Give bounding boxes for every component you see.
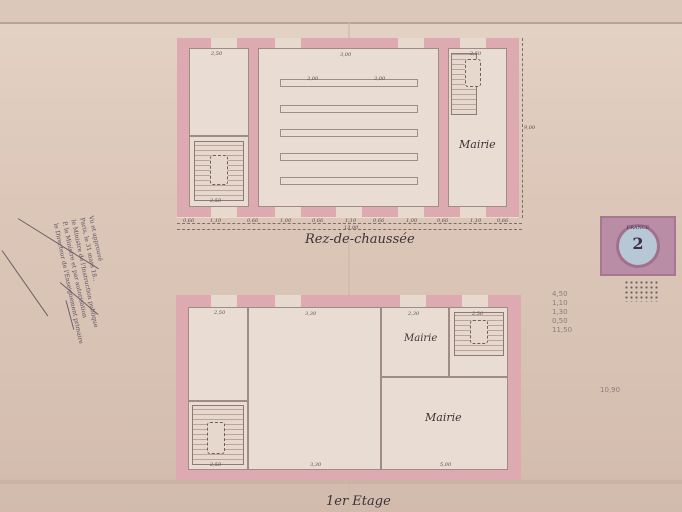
window	[462, 295, 488, 307]
dimension: 1,10	[470, 218, 481, 224]
dimension: 3,30	[305, 311, 316, 317]
dimension: 0,66	[312, 218, 323, 224]
dimension: 1,00	[406, 218, 417, 224]
wall-bottom	[176, 470, 521, 480]
window	[400, 295, 426, 307]
pencil-note: 10,90	[600, 386, 620, 395]
approval-stamp: Vu et approuvé Paris, le 31 mars 18.. le…	[51, 215, 121, 345]
dimension: 1,10	[210, 218, 221, 224]
dimension: 0,66	[373, 218, 384, 224]
dimension: 2,30	[408, 311, 419, 317]
paper-sheet: Mairie 2,50 2,50 3,00 3,00 3,00 2,50 9,0…	[0, 0, 682, 512]
ff-stair-left	[188, 401, 248, 470]
stair-well	[207, 422, 225, 454]
dimension: 0,66	[497, 218, 508, 224]
dimension: 3,00	[340, 52, 351, 58]
wall-inner-right	[439, 38, 448, 217]
dimension: 2,50	[470, 51, 481, 57]
horizontal-fold	[0, 480, 682, 484]
wall-right	[508, 295, 521, 480]
window	[398, 207, 424, 217]
gf-mairie	[448, 48, 507, 207]
dimension: 2,50	[472, 311, 483, 317]
stamp-country: FRANCE	[619, 225, 657, 231]
window	[275, 295, 301, 307]
bench	[280, 153, 418, 161]
room-label-mairie: Mairie	[404, 333, 437, 344]
dimension: 1,10	[345, 218, 356, 224]
overall-width: 13,00	[344, 225, 358, 231]
dimension: 2,50	[210, 462, 221, 468]
gf-room-left-upper	[189, 48, 249, 136]
revenue-stamp: FRANCE 2	[600, 216, 676, 276]
dimension: 3,00	[374, 76, 385, 82]
ff-stair-right	[449, 307, 508, 377]
room-label-mairie: Mairie	[425, 411, 462, 424]
stamp-medallion: FRANCE 2	[616, 224, 660, 268]
dimension: 9,00	[524, 125, 535, 131]
dimension: 1,00	[280, 218, 291, 224]
cancellation-dots	[624, 280, 658, 302]
dimension: 2,50	[214, 310, 225, 316]
bench	[280, 129, 418, 137]
gf-stair-left	[189, 136, 249, 207]
dimension: 2,50	[211, 51, 222, 57]
wall-right	[507, 38, 519, 217]
dimension: 3,30	[310, 462, 321, 468]
door	[336, 207, 362, 217]
dimension: 5,00	[440, 462, 451, 468]
window	[275, 38, 301, 48]
ff-room-left-upper	[188, 307, 248, 401]
bench	[280, 177, 418, 185]
dimension: 3,00	[307, 76, 318, 82]
stamp-value: 2	[619, 233, 657, 255]
first-floor-caption: 1er Etage	[326, 494, 391, 509]
window	[398, 38, 424, 48]
window	[211, 295, 237, 307]
bench	[280, 79, 418, 87]
window	[460, 207, 486, 217]
top-fold-band	[0, 0, 682, 24]
stair-well	[470, 320, 488, 344]
dimension: 0,66	[437, 218, 448, 224]
window	[275, 207, 301, 217]
wall-inner-left	[249, 38, 258, 217]
dimension: 2,50	[210, 198, 221, 204]
window	[460, 38, 486, 48]
pencil-calculation: 4,50 1,10 1,30 0,50 11,50	[552, 290, 572, 335]
dimension: 0,66	[247, 218, 258, 224]
wall-left	[176, 295, 188, 480]
dimension: 0,66	[183, 218, 194, 224]
bench	[280, 105, 418, 113]
wall-left	[177, 38, 189, 217]
window	[211, 207, 237, 217]
ff-central-room	[248, 307, 381, 470]
ground-floor-caption: Rez-de-chaussée	[305, 232, 415, 247]
stair-well	[210, 155, 228, 185]
gf-main-hall	[258, 48, 439, 207]
room-label-mairie: Mairie	[459, 138, 496, 151]
stair-well	[465, 59, 481, 87]
dimension-line	[522, 38, 523, 218]
window	[211, 38, 237, 48]
